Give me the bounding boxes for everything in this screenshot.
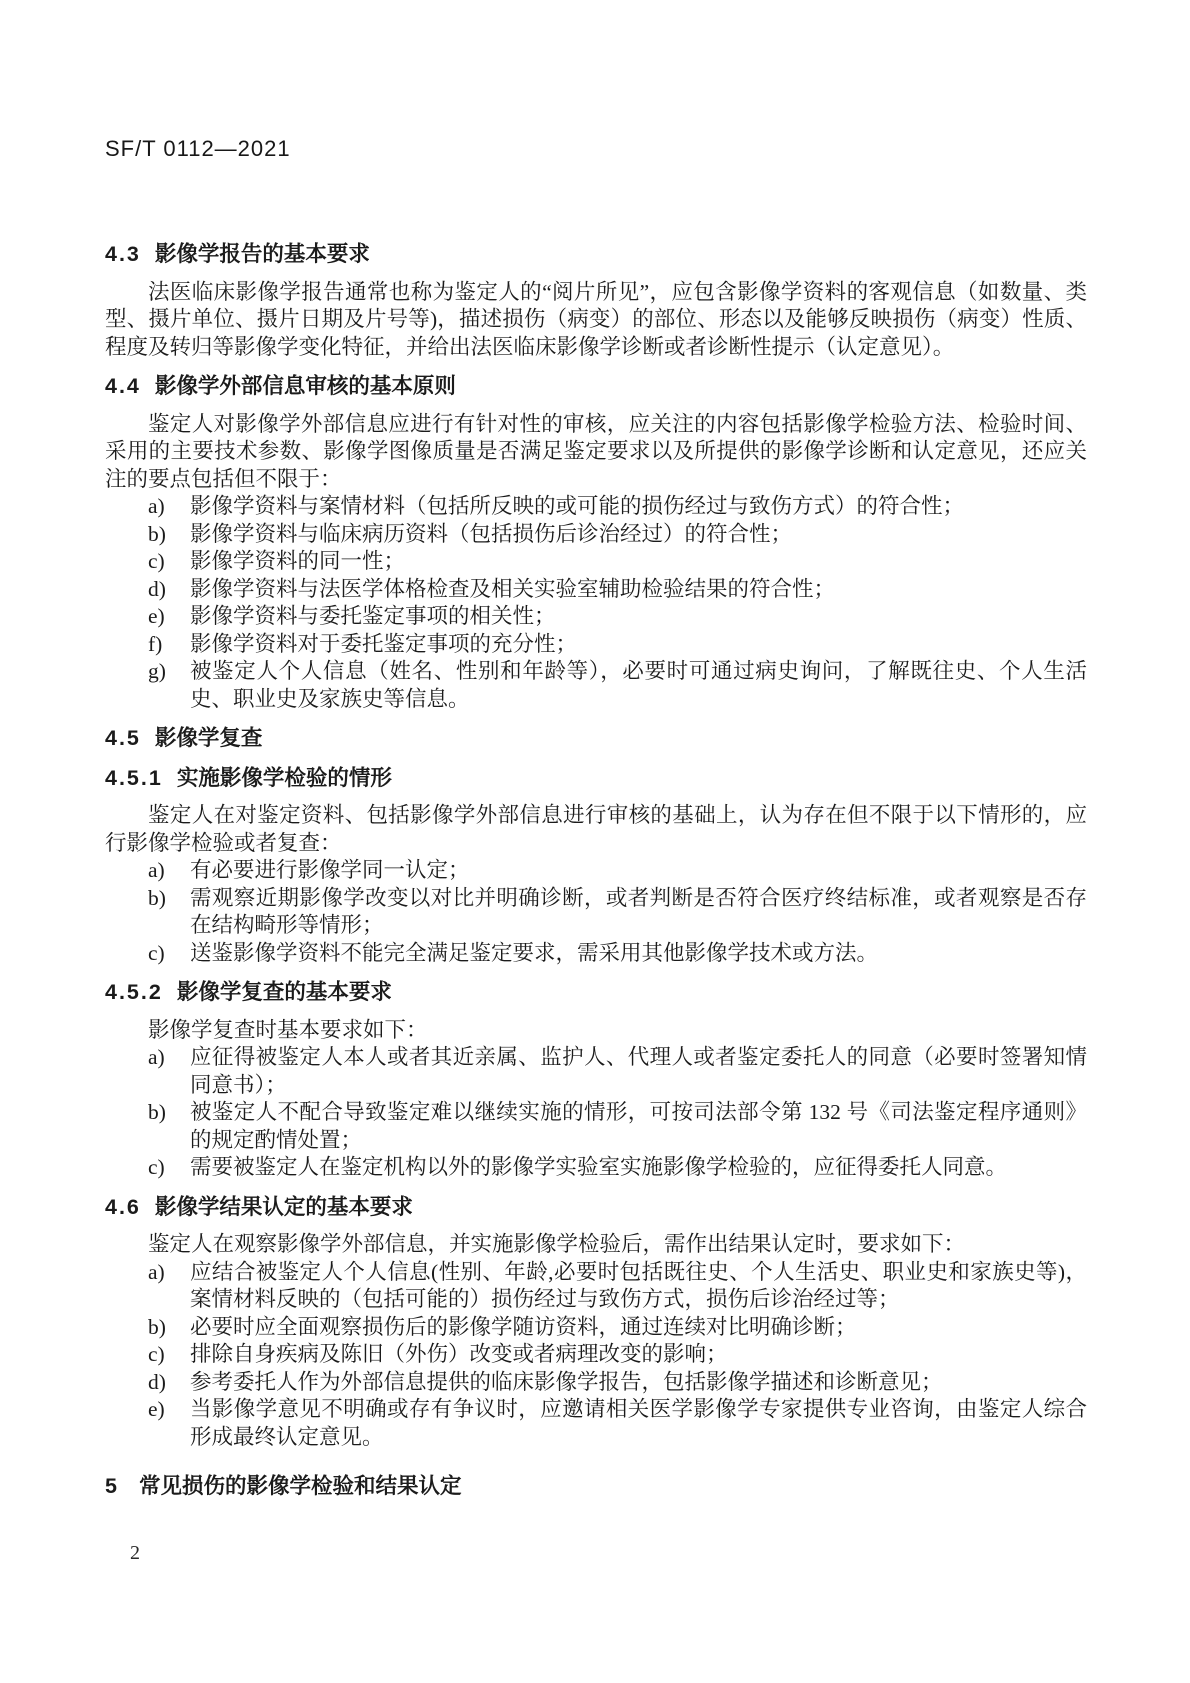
list-item: a)应结合被鉴定人个人信息(性别、年龄,必要时包括既往史、个人生活史、职业史和家… <box>105 1259 1087 1314</box>
section-heading: 5常见损伤的影像学检验和结果认定 <box>105 1473 1087 1501</box>
page-number: 2 <box>130 1540 140 1567</box>
paragraph: 鉴定人在观察影像学外部信息，并实施影像学检验后，需作出结果认定时，要求如下： <box>105 1231 1087 1259</box>
list-item-label: b) <box>148 1099 166 1127</box>
list-item-label: a) <box>148 857 165 885</box>
list-item-label: b) <box>148 1314 166 1342</box>
section-heading: 4.5.1实施影像学检验的情形 <box>105 765 1087 793</box>
list-item-text: 影像学资料对于委托鉴定事项的充分性； <box>190 632 577 656</box>
document-content: 4.3影像学报告的基本要求法医临床影像学报告通常也称为鉴定人的“阅片所见”，应包… <box>105 241 1087 1511</box>
heading-title: 影像学复查 <box>155 726 263 750</box>
list-item-label: a) <box>148 1044 165 1072</box>
list-item-text: 应结合被鉴定人个人信息(性别、年龄,必要时包括既往史、个人生活史、职业史和家族史… <box>190 1260 1087 1312</box>
list-item: a)影像学资料与案情材料（包括所反映的或可能的损伤经过与致伤方式）的符合性； <box>105 493 1087 521</box>
list-item: e)当影像学意见不明确或存有争议时，应邀请相关医学影像学专家提供专业咨询，由鉴定… <box>105 1396 1087 1451</box>
list-item-text: 应征得被鉴定人本人或者其近亲属、监护人、代理人或者鉴定委托人的同意（必要时签署知… <box>190 1045 1087 1097</box>
list-item-text: 影像学资料的同一性； <box>190 549 405 573</box>
list-item-text: 影像学资料与临床病历资料（包括损伤后诊治经过）的符合性； <box>190 522 792 546</box>
heading-number: 4.6 <box>105 1195 141 1219</box>
list-item-text: 有必要进行影像学同一认定； <box>190 858 470 882</box>
paragraph: 影像学复查时基本要求如下： <box>105 1017 1087 1045</box>
list-item-text: 被鉴定人不配合导致鉴定难以继续实施的情形，可按司法部令第 132 号《司法鉴定程… <box>190 1100 1087 1152</box>
list-item: g)被鉴定人个人信息（姓名、性别和年龄等），必要时可通过病史询问，了解既往史、个… <box>105 658 1087 713</box>
list-item: c)需要被鉴定人在鉴定机构以外的影像学实验室实施影像学检验的，应征得委托人同意。 <box>105 1154 1087 1182</box>
list-item-text: 需观察近期影像学改变以对比并明确诊断，或者判断是否符合医疗终结标准，或者观察是否… <box>190 886 1087 938</box>
list-item: c)影像学资料的同一性； <box>105 548 1087 576</box>
list-item-label: d) <box>148 576 166 604</box>
list-item-label: a) <box>148 493 165 521</box>
heading-number: 4.4 <box>105 374 141 398</box>
paragraph: 鉴定人对影像学外部信息应进行有针对性的审核，应关注的内容包括影像学检验方法、检验… <box>105 411 1087 494</box>
list-item-text: 影像学资料与法医学体格检查及相关实验室辅助检验结果的符合性； <box>190 577 835 601</box>
heading-title: 常见损伤的影像学检验和结果认定 <box>139 1474 462 1498</box>
list-item-label: g) <box>148 658 166 686</box>
list-item: f)影像学资料对于委托鉴定事项的充分性； <box>105 631 1087 659</box>
heading-title: 影像学报告的基本要求 <box>155 242 370 266</box>
list-item-text: 送鉴影像学资料不能完全满足鉴定要求，需采用其他影像学技术或方法。 <box>190 941 878 965</box>
doc-number-header: SF/T 0112—2021 <box>105 136 291 162</box>
list-item: a)应征得被鉴定人本人或者其近亲属、监护人、代理人或者鉴定委托人的同意（必要时签… <box>105 1044 1087 1099</box>
section-heading: 4.5.2影像学复查的基本要求 <box>105 979 1087 1007</box>
section-heading: 4.4影像学外部信息审核的基本原则 <box>105 373 1087 401</box>
list-item: b)影像学资料与临床病历资料（包括损伤后诊治经过）的符合性； <box>105 521 1087 549</box>
heading-number: 4.3 <box>105 242 141 266</box>
list-item-label: c) <box>148 940 165 968</box>
heading-title: 实施影像学检验的情形 <box>177 766 392 790</box>
list-item-text: 必要时应全面观察损伤后的影像学随访资料，通过连续对比明确诊断； <box>190 1315 857 1339</box>
list-item: b)必要时应全面观察损伤后的影像学随访资料，通过连续对比明确诊断； <box>105 1314 1087 1342</box>
list-item: e)影像学资料与委托鉴定事项的相关性； <box>105 603 1087 631</box>
heading-number: 4.5.1 <box>105 766 163 790</box>
heading-title: 影像学外部信息审核的基本原则 <box>155 374 456 398</box>
document-page: SF/T 0112—2021 4.3影像学报告的基本要求法医临床影像学报告通常也… <box>0 0 1190 1683</box>
section-heading: 4.3影像学报告的基本要求 <box>105 241 1087 269</box>
heading-number: 5 <box>105 1474 117 1498</box>
list-item: c)排除自身疾病及陈旧（外伤）改变或者病理改变的影响； <box>105 1341 1087 1369</box>
heading-number: 4.5.2 <box>105 980 163 1004</box>
list-item-label: e) <box>148 603 165 631</box>
list-item-text: 参考委托人作为外部信息提供的临床影像学报告，包括影像学描述和诊断意见； <box>190 1370 943 1394</box>
list-item-label: c) <box>148 1341 165 1369</box>
list-item: d)影像学资料与法医学体格检查及相关实验室辅助检验结果的符合性； <box>105 576 1087 604</box>
list-item-label: b) <box>148 521 166 549</box>
heading-number: 4.5 <box>105 726 141 750</box>
list-item-text: 影像学资料与案情材料（包括所反映的或可能的损伤经过与致伤方式）的符合性； <box>190 494 964 518</box>
heading-title: 影像学复查的基本要求 <box>177 980 392 1004</box>
list-item: c)送鉴影像学资料不能完全满足鉴定要求，需采用其他影像学技术或方法。 <box>105 940 1087 968</box>
paragraph: 法医临床影像学报告通常也称为鉴定人的“阅片所见”，应包含影像学资料的客观信息（如… <box>105 279 1087 362</box>
list-item: a)有必要进行影像学同一认定； <box>105 857 1087 885</box>
list-item-label: d) <box>148 1369 166 1397</box>
list-item-label: e) <box>148 1396 165 1424</box>
list-item-text: 排除自身疾病及陈旧（外伤）改变或者病理改变的影响； <box>190 1342 728 1366</box>
list-item: d)参考委托人作为外部信息提供的临床影像学报告，包括影像学描述和诊断意见； <box>105 1369 1087 1397</box>
section-heading: 4.5影像学复查 <box>105 725 1087 753</box>
paragraph: 鉴定人在对鉴定资料、包括影像学外部信息进行审核的基础上，认为存在但不限于以下情形… <box>105 802 1087 857</box>
list-item-label: a) <box>148 1259 165 1287</box>
list-item-text: 需要被鉴定人在鉴定机构以外的影像学实验室实施影像学检验的，应征得委托人同意。 <box>190 1155 1007 1179</box>
list-item: b)被鉴定人不配合导致鉴定难以继续实施的情形，可按司法部令第 132 号《司法鉴… <box>105 1099 1087 1154</box>
list-item-label: c) <box>148 548 165 576</box>
list-item-text: 影像学资料与委托鉴定事项的相关性； <box>190 604 556 628</box>
list-item-label: c) <box>148 1154 165 1182</box>
list-item: b)需观察近期影像学改变以对比并明确诊断，或者判断是否符合医疗终结标准，或者观察… <box>105 885 1087 940</box>
section-heading: 4.6影像学结果认定的基本要求 <box>105 1194 1087 1222</box>
list-item-text: 当影像学意见不明确或存有争议时，应邀请相关医学影像学专家提供专业咨询，由鉴定人综… <box>190 1397 1087 1449</box>
list-item-label: b) <box>148 885 166 913</box>
list-item-label: f) <box>148 631 162 659</box>
list-item-text: 被鉴定人个人信息（姓名、性别和年龄等），必要时可通过病史询问，了解既往史、个人生… <box>190 659 1087 711</box>
heading-title: 影像学结果认定的基本要求 <box>155 1195 413 1219</box>
